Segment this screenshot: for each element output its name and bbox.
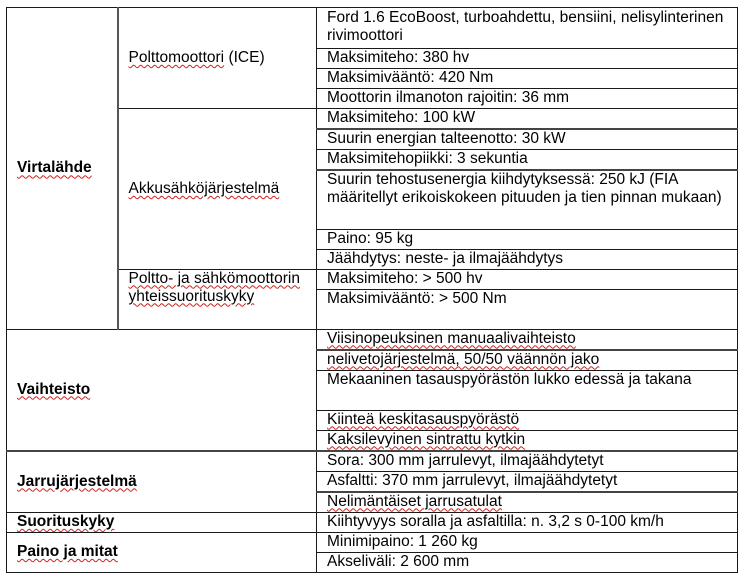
section-label-text: Vaihteisto bbox=[17, 381, 90, 398]
subsection-label-text: Akkusähköjärjestelmä bbox=[129, 180, 280, 197]
section-label-jarrut: Jarrujärjestelmä bbox=[7, 451, 317, 513]
subsection-label-text-part: Polttomoottori bbox=[129, 49, 225, 66]
specifications-table: Virtalähde Polttomoottori (ICE) Ford 1.6… bbox=[6, 7, 738, 573]
spec-value: Kaksilevyinen sintrattu kytkin bbox=[317, 430, 738, 451]
subsection-label-text-suffix: (ICE) bbox=[228, 49, 264, 66]
spec-value: Mekaaninen tasauspyörästön lukko edessä … bbox=[317, 370, 738, 410]
spec-value-text: Nelimäntäiset jarrusatulat bbox=[327, 493, 502, 510]
section-label-paino: Paino ja mitat bbox=[7, 532, 317, 572]
spec-value: Maksimitehopiikki: 3 sekuntia bbox=[317, 150, 738, 171]
section-label-text: Suorituskyky bbox=[17, 513, 114, 530]
spec-value-text: Viisinopeuksinen manuaalivaihteisto bbox=[327, 330, 576, 347]
section-label-text: Jarrujärjestelmä bbox=[17, 473, 137, 490]
spec-value: Maksimivääntö: 420 Nm bbox=[317, 69, 738, 89]
table-row: Vaihteisto Viisinopeuksinen manuaalivaih… bbox=[7, 329, 738, 350]
table-row: Virtalähde Polttomoottori (ICE) Ford 1.6… bbox=[7, 8, 738, 49]
spec-value: Viisinopeuksinen manuaalivaihteisto bbox=[317, 329, 738, 350]
table-row: Paino ja mitat Minimipaino: 1 260 kg bbox=[7, 532, 738, 552]
section-label-vaihteisto: Vaihteisto bbox=[7, 329, 317, 451]
spec-value: Maksimivääntö: > 500 Nm bbox=[317, 289, 738, 329]
subsection-label-ice: Polttomoottori (ICE) bbox=[118, 8, 317, 109]
subsection-label-combined: Poltto- ja sähkömoottorin yhteissuoritus… bbox=[118, 269, 317, 329]
spec-value: nelivetojärjestelmä, 50/50 väännön jako bbox=[317, 350, 738, 371]
section-label-virtalahde: Virtalähde bbox=[7, 8, 118, 330]
spec-value: Ford 1.6 EcoBoost, turboahdettu, bensiin… bbox=[317, 8, 738, 49]
table-row: Suorituskyky Kiihtyvyys soralla ja asfal… bbox=[7, 512, 738, 532]
spec-value: Maksimiteho: > 500 hv bbox=[317, 269, 738, 289]
spec-value: Nelimäntäiset jarrusatulat bbox=[317, 492, 738, 513]
spec-value: Suurin energian talteenotto: 30 kW bbox=[317, 129, 738, 150]
spec-value: Kiihtyvyys soralla ja asfaltilla: n. 3,2… bbox=[317, 512, 738, 532]
spec-value: Sora: 300 mm jarrulevyt, ilmajäähdytetyt bbox=[317, 451, 738, 472]
spec-value: Moottorin ilmanoton rajoitin: 36 mm bbox=[317, 89, 738, 109]
table-row: Jarrujärjestelmä Sora: 300 mm jarrulevyt… bbox=[7, 451, 738, 472]
spec-value: Maksimiteho: 380 hv bbox=[317, 49, 738, 69]
spec-value-text: nelivetojärjestelmä, 50/50 väännön jako bbox=[327, 351, 599, 368]
spec-value-text: Kaksilevyinen sintrattu kytkin bbox=[327, 431, 525, 448]
subsection-label-text: Poltto- ja sähkömoottorin yhteissuoritus… bbox=[129, 270, 300, 305]
spec-value: Suurin tehostusenergia kiihdytyksessä: 2… bbox=[317, 170, 738, 229]
spec-value: Paino: 95 kg bbox=[317, 229, 738, 249]
spec-value: Asfaltti: 370 mm jarrulevyt, ilmajäähdyt… bbox=[317, 471, 738, 492]
section-label-text: Paino ja mitat bbox=[17, 543, 118, 560]
subsection-label-battery: Akkusähköjärjestelmä bbox=[118, 109, 317, 270]
spec-value: Kiinteä keskitasauspyörästö bbox=[317, 410, 738, 430]
spec-value: Maksimiteho: 100 kW bbox=[317, 109, 738, 130]
section-label-text: Virtalähde bbox=[17, 159, 92, 176]
spec-value-text: Kiinteä keskitasauspyörästö bbox=[327, 411, 519, 428]
spec-value: Akseliväli: 2 600 mm bbox=[317, 552, 738, 572]
spec-value: Jäähdytys: neste- ja ilmajäähdytys bbox=[317, 249, 738, 269]
section-label-suorituskyky: Suorituskyky bbox=[7, 512, 317, 532]
spec-value: Minimipaino: 1 260 kg bbox=[317, 532, 738, 552]
